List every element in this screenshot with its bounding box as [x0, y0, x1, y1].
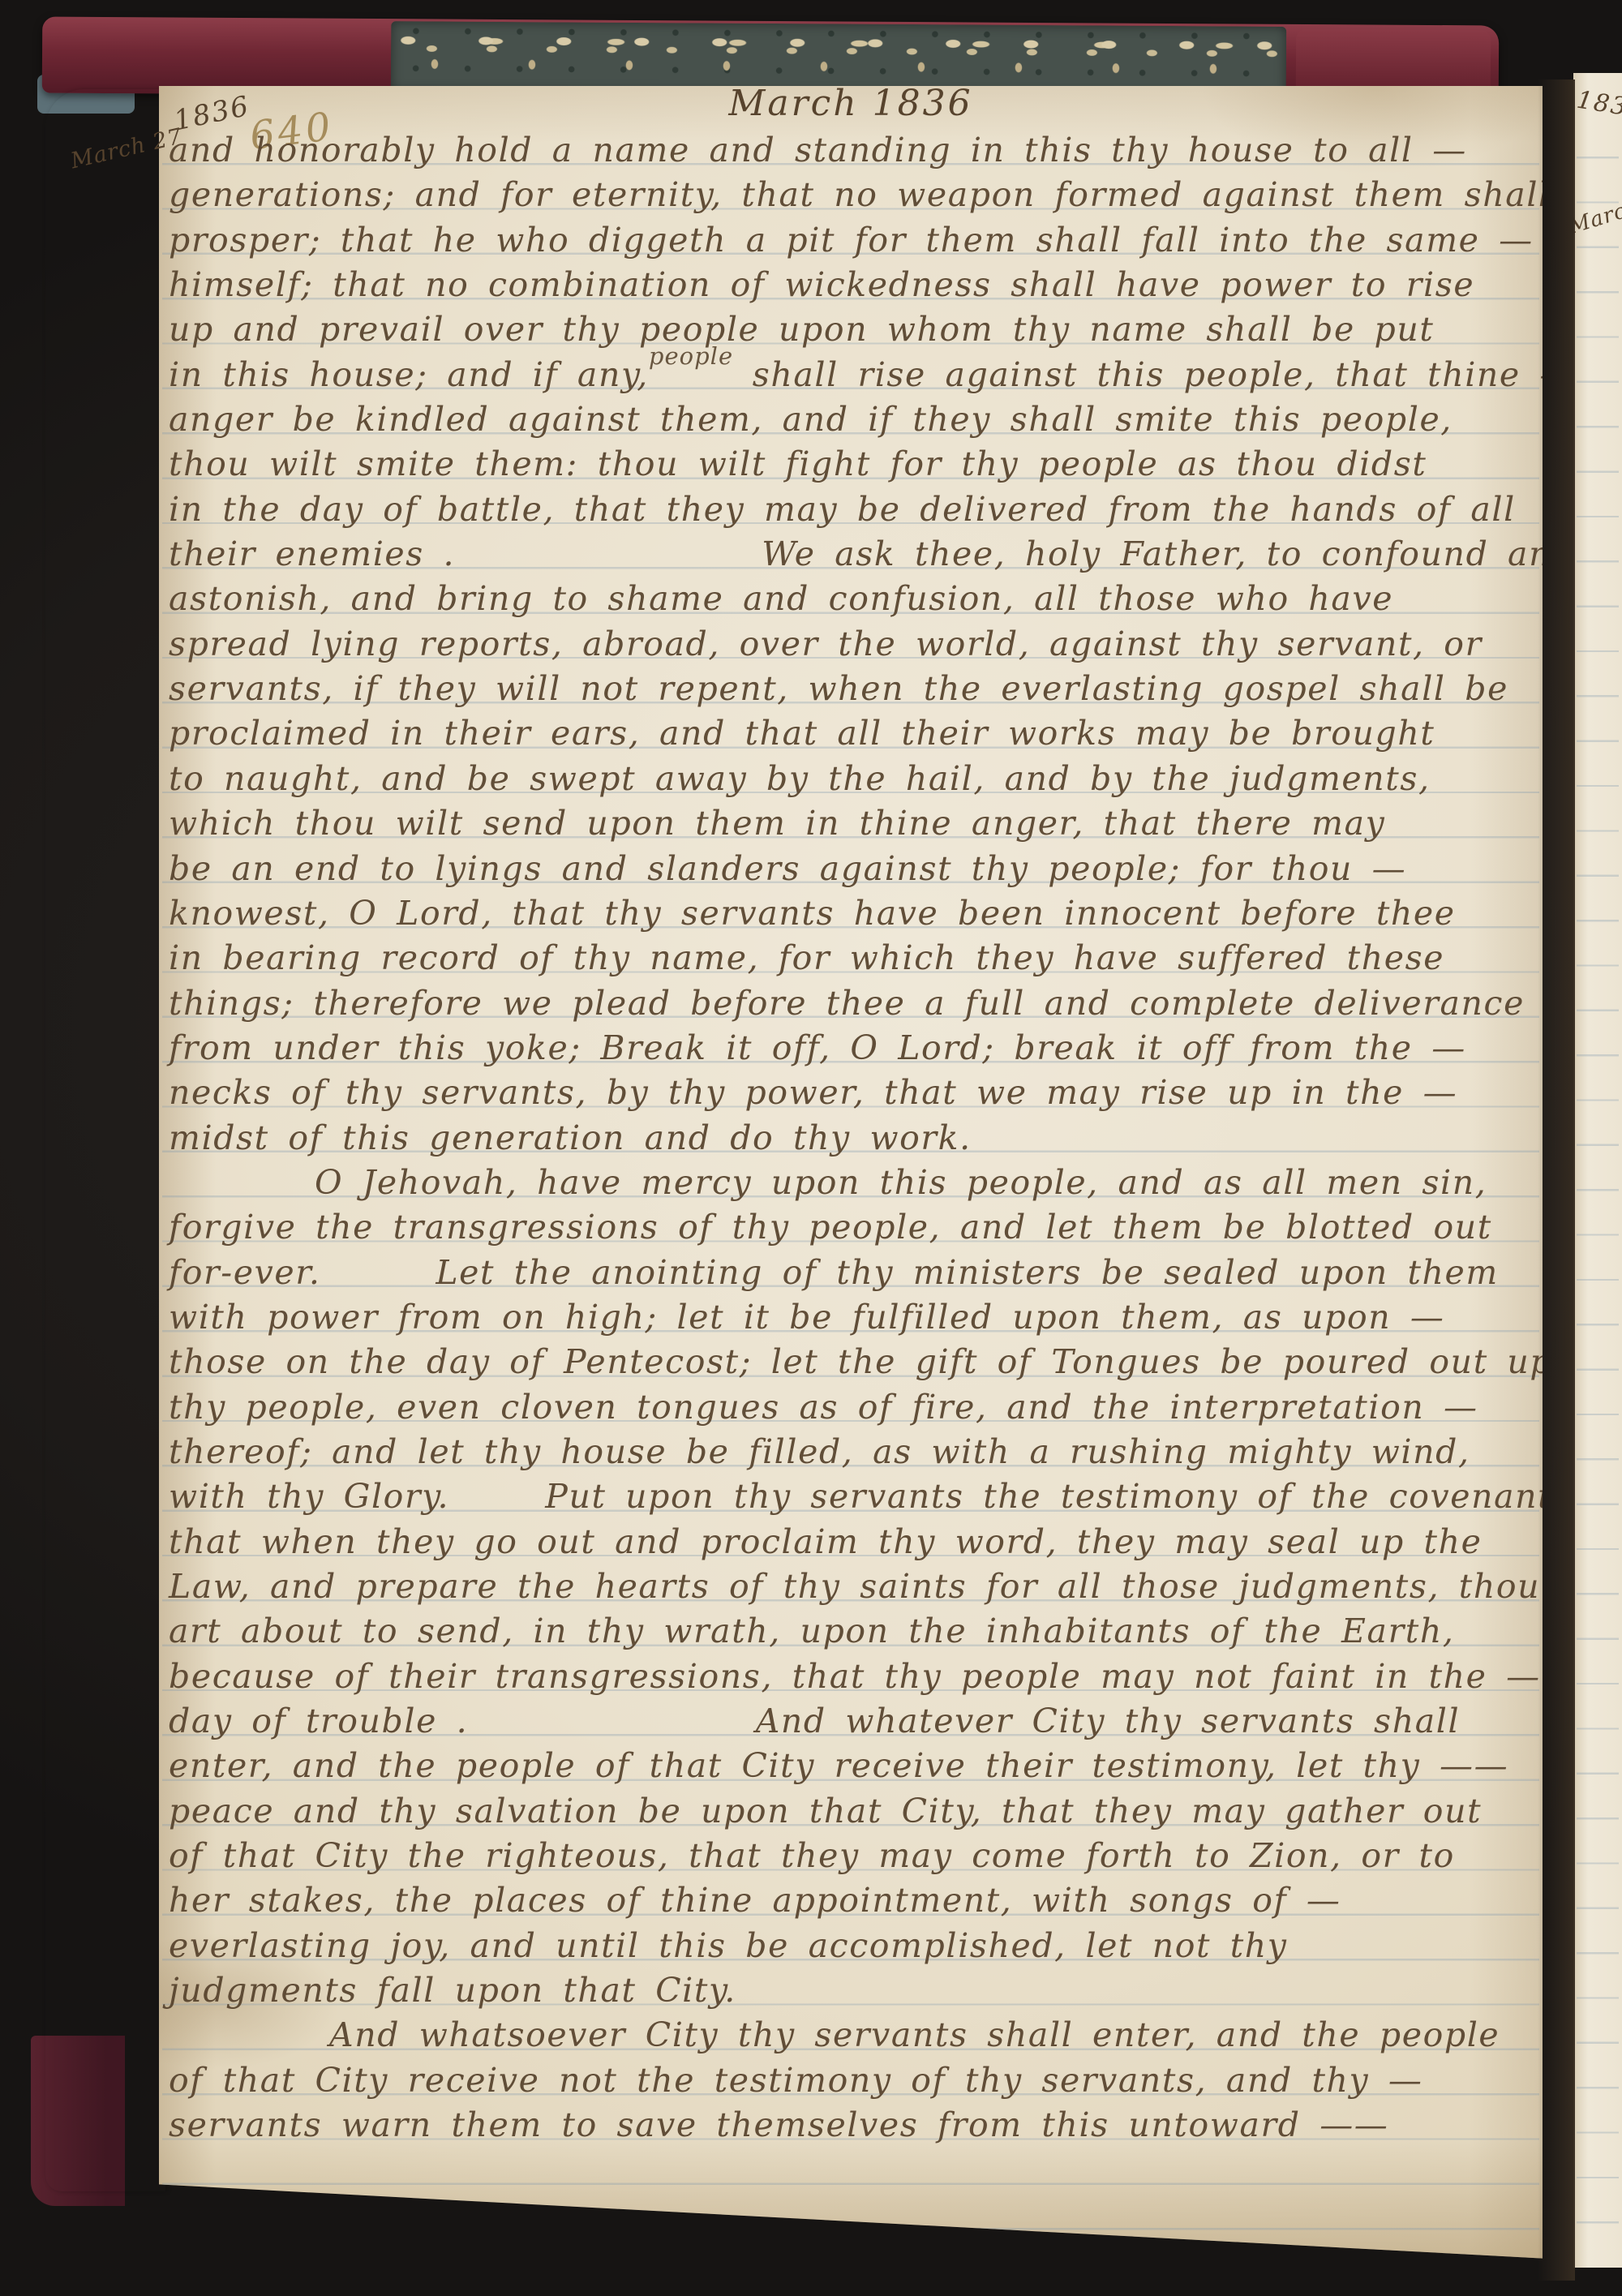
manuscript-line: astonish, and bring to shame and confusi…: [169, 577, 1543, 621]
manuscript-body: and honorably hold a name and standing i…: [169, 128, 1543, 2148]
manuscript-line: servants, if they will not repent, when …: [169, 667, 1543, 711]
manuscript-line: generations; and for eternity, that no w…: [169, 173, 1543, 217]
manuscript-line: in the day of battle, that they may be d…: [169, 487, 1543, 532]
manuscript-line: those on the day of Pentecost; let the g…: [169, 1340, 1543, 1384]
manuscript-line: himself; that no combination of wickedne…: [169, 263, 1543, 307]
manuscript-line: her stakes, the places of thine appointm…: [169, 1878, 1543, 1923]
manuscript-line: because of their transgressions, that th…: [169, 1654, 1543, 1699]
manuscript-line: up and prevail over thy people upon whom…: [169, 307, 1543, 352]
manuscript-line: their enemies . We ask thee, holy Father…: [169, 532, 1543, 577]
manuscript-line: proclaimed in their ears, and that all t…: [169, 711, 1543, 756]
manuscript-line-paragraph-start: And whatsoever City thy servants shall e…: [169, 2013, 1543, 2058]
manuscript-line: anger be kindled against them, and if th…: [169, 397, 1543, 442]
manuscript-line: prosper; that he who diggeth a pit for t…: [169, 218, 1543, 263]
manuscript-line: thou wilt smite them: thou wilt fight fo…: [169, 442, 1543, 487]
manuscript-line: art about to send, in thy wrath, upon th…: [169, 1609, 1543, 1654]
manuscript-line: and honorably hold a name and standing i…: [169, 128, 1543, 173]
manuscript-line: knowest, O Lord, that thy servants have …: [169, 891, 1543, 936]
manuscript-line: everlasting joy, and until this be accom…: [169, 1924, 1543, 1968]
manuscript-line: peace and thy salvation be upon that Cit…: [169, 1789, 1543, 1834]
manuscript-line: necks of thy servants, by thy power, tha…: [169, 1071, 1543, 1115]
manuscript-line: thy people, even cloven tongues as of fi…: [169, 1385, 1543, 1430]
facing-page-strip: 1836 March 27: [1573, 73, 1622, 2268]
line-segment-before: in this house; and if any,: [169, 355, 649, 394]
manuscript-line: things; therefore we plead before thee a…: [169, 981, 1543, 1026]
facing-year-annotation: 1836: [1575, 86, 1622, 125]
manuscript-line: spread lying reports, abroad, over the w…: [169, 622, 1543, 667]
binding-spine-leather: [1296, 29, 1491, 95]
manuscript-line: judgments fall upon that City.: [169, 1968, 1543, 2013]
inserted-word: people: [649, 334, 733, 379]
manuscript-line: of that City receive not the testimony o…: [169, 2058, 1543, 2103]
manuscript-line-paragraph-start: O Jehovah, have mercy upon this people, …: [169, 1161, 1543, 1205]
journal-page: 1836 640 March 1836 and honorably hold a…: [159, 86, 1543, 2263]
manuscript-line: to naught, and be swept away by the hail…: [169, 757, 1543, 801]
manuscript-line: forgive the transgressions of thy people…: [169, 1205, 1543, 1250]
manuscript-line: enter, and the people of that City recei…: [169, 1744, 1543, 1788]
manuscript-line: in bearing record of thy name, for which…: [169, 936, 1543, 981]
marbled-board: [391, 21, 1287, 97]
manuscript-line-with-insertion: in this house; and if any,people shall r…: [169, 353, 1543, 397]
manuscript-line: Law, and prepare the hearts of thy saint…: [169, 1564, 1543, 1609]
manuscript-line: of that City the righteous, that they ma…: [169, 1834, 1543, 1878]
manuscript-line: with thy Glory. Put upon thy servants th…: [169, 1474, 1543, 1519]
manuscript-line: for-ever. Let the anointing of thy minis…: [169, 1251, 1543, 1295]
page-header: March 1836: [159, 83, 1543, 124]
manuscript-line: day of trouble . And whatever City thy s…: [169, 1699, 1543, 1744]
manuscript-line: servants warn them to save themselves fr…: [169, 2103, 1543, 2148]
gutter-shadow: [1538, 79, 1575, 2281]
facing-margin-date: March 27: [1573, 184, 1622, 239]
manuscript-line: which thou wilt send upon them in thine …: [169, 801, 1543, 846]
manuscript-line: midst of this generation and do thy work…: [169, 1116, 1543, 1161]
line-segment-after: shall rise against this people, that thi…: [733, 355, 1574, 394]
manuscript-line: that when they go out and proclaim thy w…: [169, 1520, 1543, 1564]
manuscript-line: thereof; and let thy house be filled, as…: [169, 1430, 1543, 1474]
photo-background: March 27 1836 640 March 1836 and honorab…: [0, 0, 1622, 2296]
page-edge-stack: [45, 89, 165, 2191]
manuscript-line: be an end to lyings and slanders against…: [169, 847, 1543, 891]
facing-ruled-lines: [1577, 114, 1619, 2245]
manuscript-line: from under this yoke; Break it off, O Lo…: [169, 1026, 1543, 1071]
manuscript-line: with power from on high; let it be fulfi…: [169, 1295, 1543, 1340]
